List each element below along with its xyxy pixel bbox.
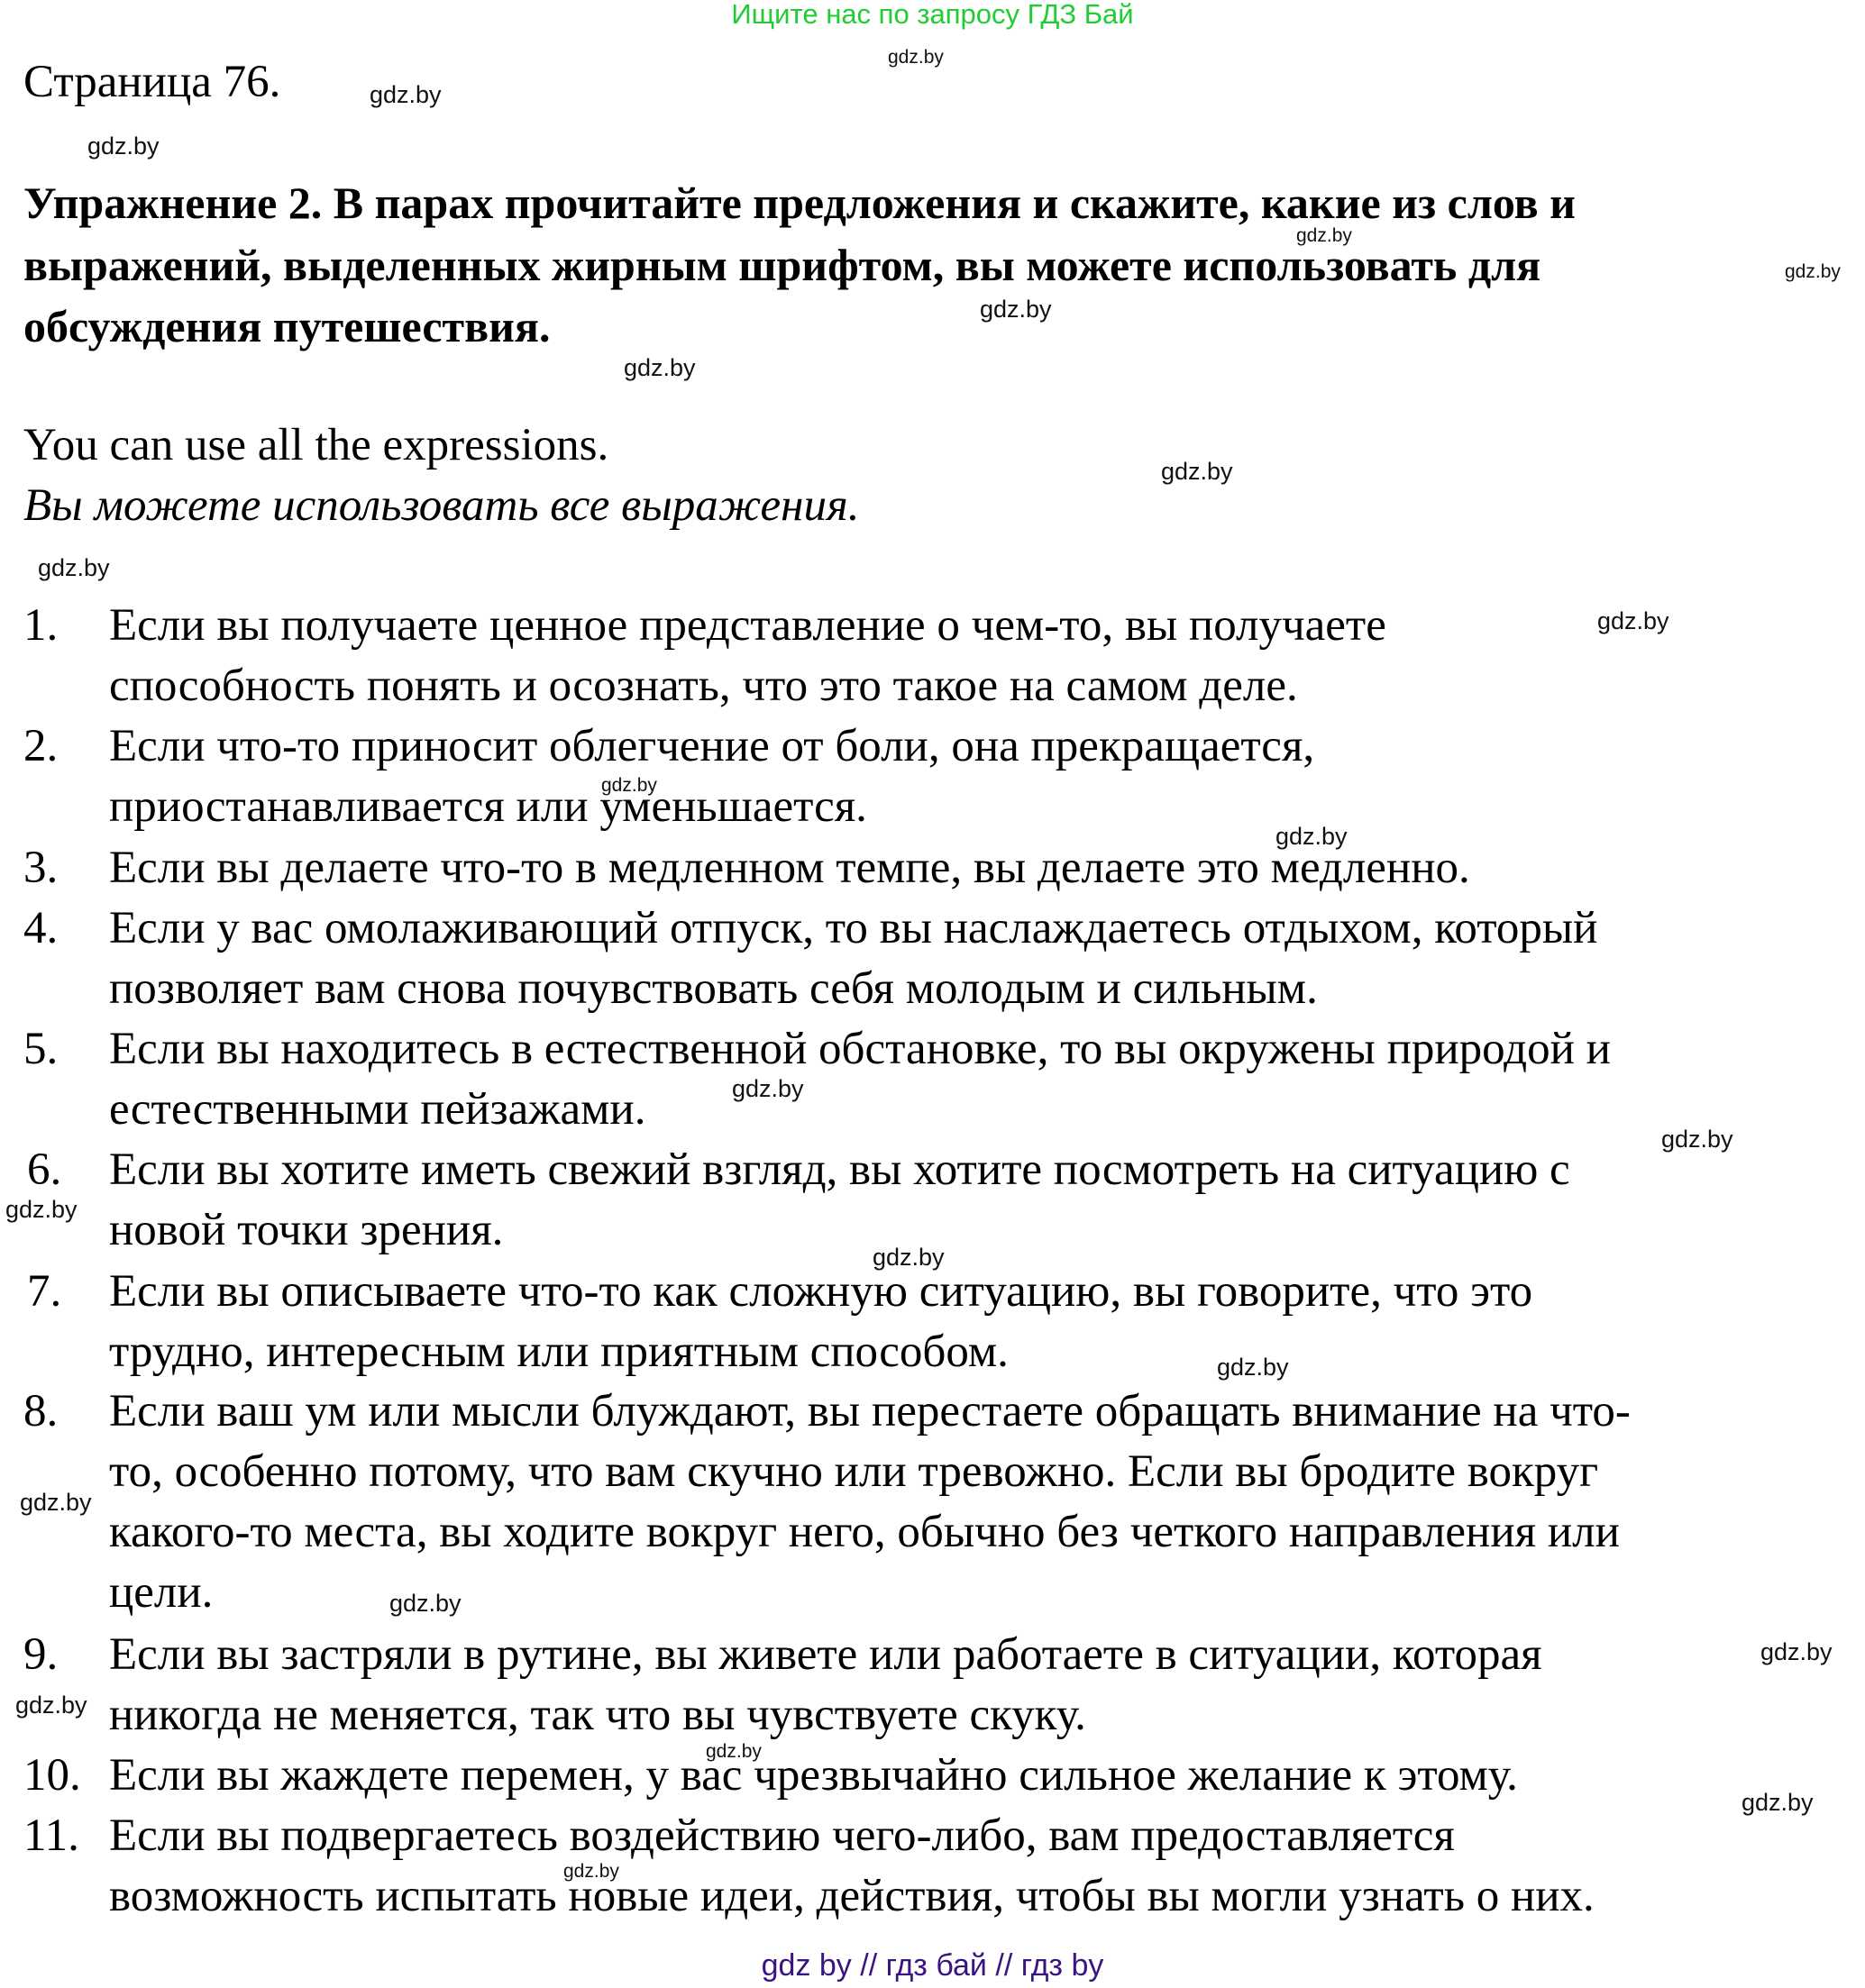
list-item-line: позволяет вам снова почувствовать себя м… [109,962,1318,1015]
list-item-line: способность понять и осознать, что это т… [109,660,1298,712]
list-item-line: Если вы описываете что-то как сложную си… [109,1265,1532,1318]
watermark: gdz.by [888,47,944,68]
watermark: gdz.by [563,1861,619,1883]
watermark: gdz.by [389,1590,462,1618]
page-title: Страница 76. [23,56,280,108]
watermark: gdz.by [732,1075,804,1103]
watermark: gdz.by [1742,1789,1814,1817]
answer-translation: Вы можете использовать все выражения. [23,479,859,532]
list-item-line: то, особенно потому, что вам скучно или … [109,1445,1598,1498]
footer-watermark: gdz by // гдз бай // гдз by [0,1948,1865,1983]
watermark: gdz.by [1296,225,1352,247]
list-item-line: Если ваш ум или мысли блуждают, вы перес… [109,1385,1631,1437]
item-number: 7. [27,1265,61,1318]
exercise-heading-line-3: обсуждения путешествия. [23,300,550,352]
list-item-line: Если вы подвергаетесь воздействию чего-л… [109,1810,1455,1862]
list-item-line: Если вы застряли в рутине, вы живете или… [109,1628,1542,1681]
watermark: gdz.by [980,296,1052,324]
item-number: 9. [23,1628,58,1681]
list-item-line: какого-то места, вы ходите вокруг него, … [109,1506,1620,1558]
watermark: gdz.by [1597,607,1669,635]
watermark: gdz.by [87,132,160,160]
watermark: gdz.by [20,1489,92,1517]
item-number: 2. [23,720,58,772]
watermark: gdz.by [1275,823,1348,851]
answer-english: You can use all the expressions. [23,419,608,471]
list-item-line: новой точки зрения. [109,1204,503,1256]
watermark: gdz.by [624,354,696,382]
list-item-line: приостанавливается или уменьшается. [109,780,867,833]
item-number: 8. [23,1385,58,1437]
watermark: gdz.by [370,81,442,109]
watermark: gdz.by [38,554,110,582]
exercise-heading-line-1: Упражнение 2. В парах прочитайте предлож… [23,177,1576,229]
list-item-line: Если вы хотите иметь свежий взгляд, вы х… [109,1144,1570,1196]
list-item-line: цели. [109,1566,213,1619]
item-number: 11. [23,1810,79,1862]
list-item-line: естественными пейзажами. [109,1083,645,1135]
watermark: gdz.by [1661,1126,1733,1154]
watermark: gdz.by [601,775,657,797]
item-number: 5. [23,1023,58,1075]
item-number: 4. [23,902,58,954]
list-item-line: трудно, интересным или приятным способом… [109,1326,1009,1378]
watermark: gdz.by [1217,1354,1289,1382]
item-number: 3. [23,842,58,894]
search-banner: Ищите нас по запросу ГДЗ Бай [0,0,1865,31]
list-item-line: Если вы жаждете перемен, у вас чрезвычай… [109,1749,1518,1801]
list-item-line: Если вы находитесь в естественной обстан… [109,1023,1611,1075]
watermark: gdz.by [1760,1638,1833,1666]
item-number: 10. [23,1749,81,1801]
list-item-line: возможность испытать новые идеи, действи… [109,1870,1595,1922]
watermark: gdz.by [5,1196,78,1224]
watermark: gdz.by [706,1741,762,1763]
item-number: 6. [27,1144,61,1196]
list-item-line: никогда не меняется, так что вы чувствуе… [109,1689,1086,1741]
list-item-line: Если у вас омолаживающий отпуск, то вы н… [109,902,1597,954]
watermark: gdz.by [1161,458,1233,486]
list-item-line: Если что-то приносит облегчение от боли,… [109,720,1314,772]
watermark: gdz.by [1785,261,1841,283]
watermark: gdz.by [15,1692,87,1719]
watermark: gdz.by [873,1244,945,1272]
list-item-line: Если вы делаете что-то в медленном темпе… [109,842,1470,894]
list-item-line: Если вы получаете ценное представление о… [109,599,1386,652]
item-number: 1. [23,599,58,652]
